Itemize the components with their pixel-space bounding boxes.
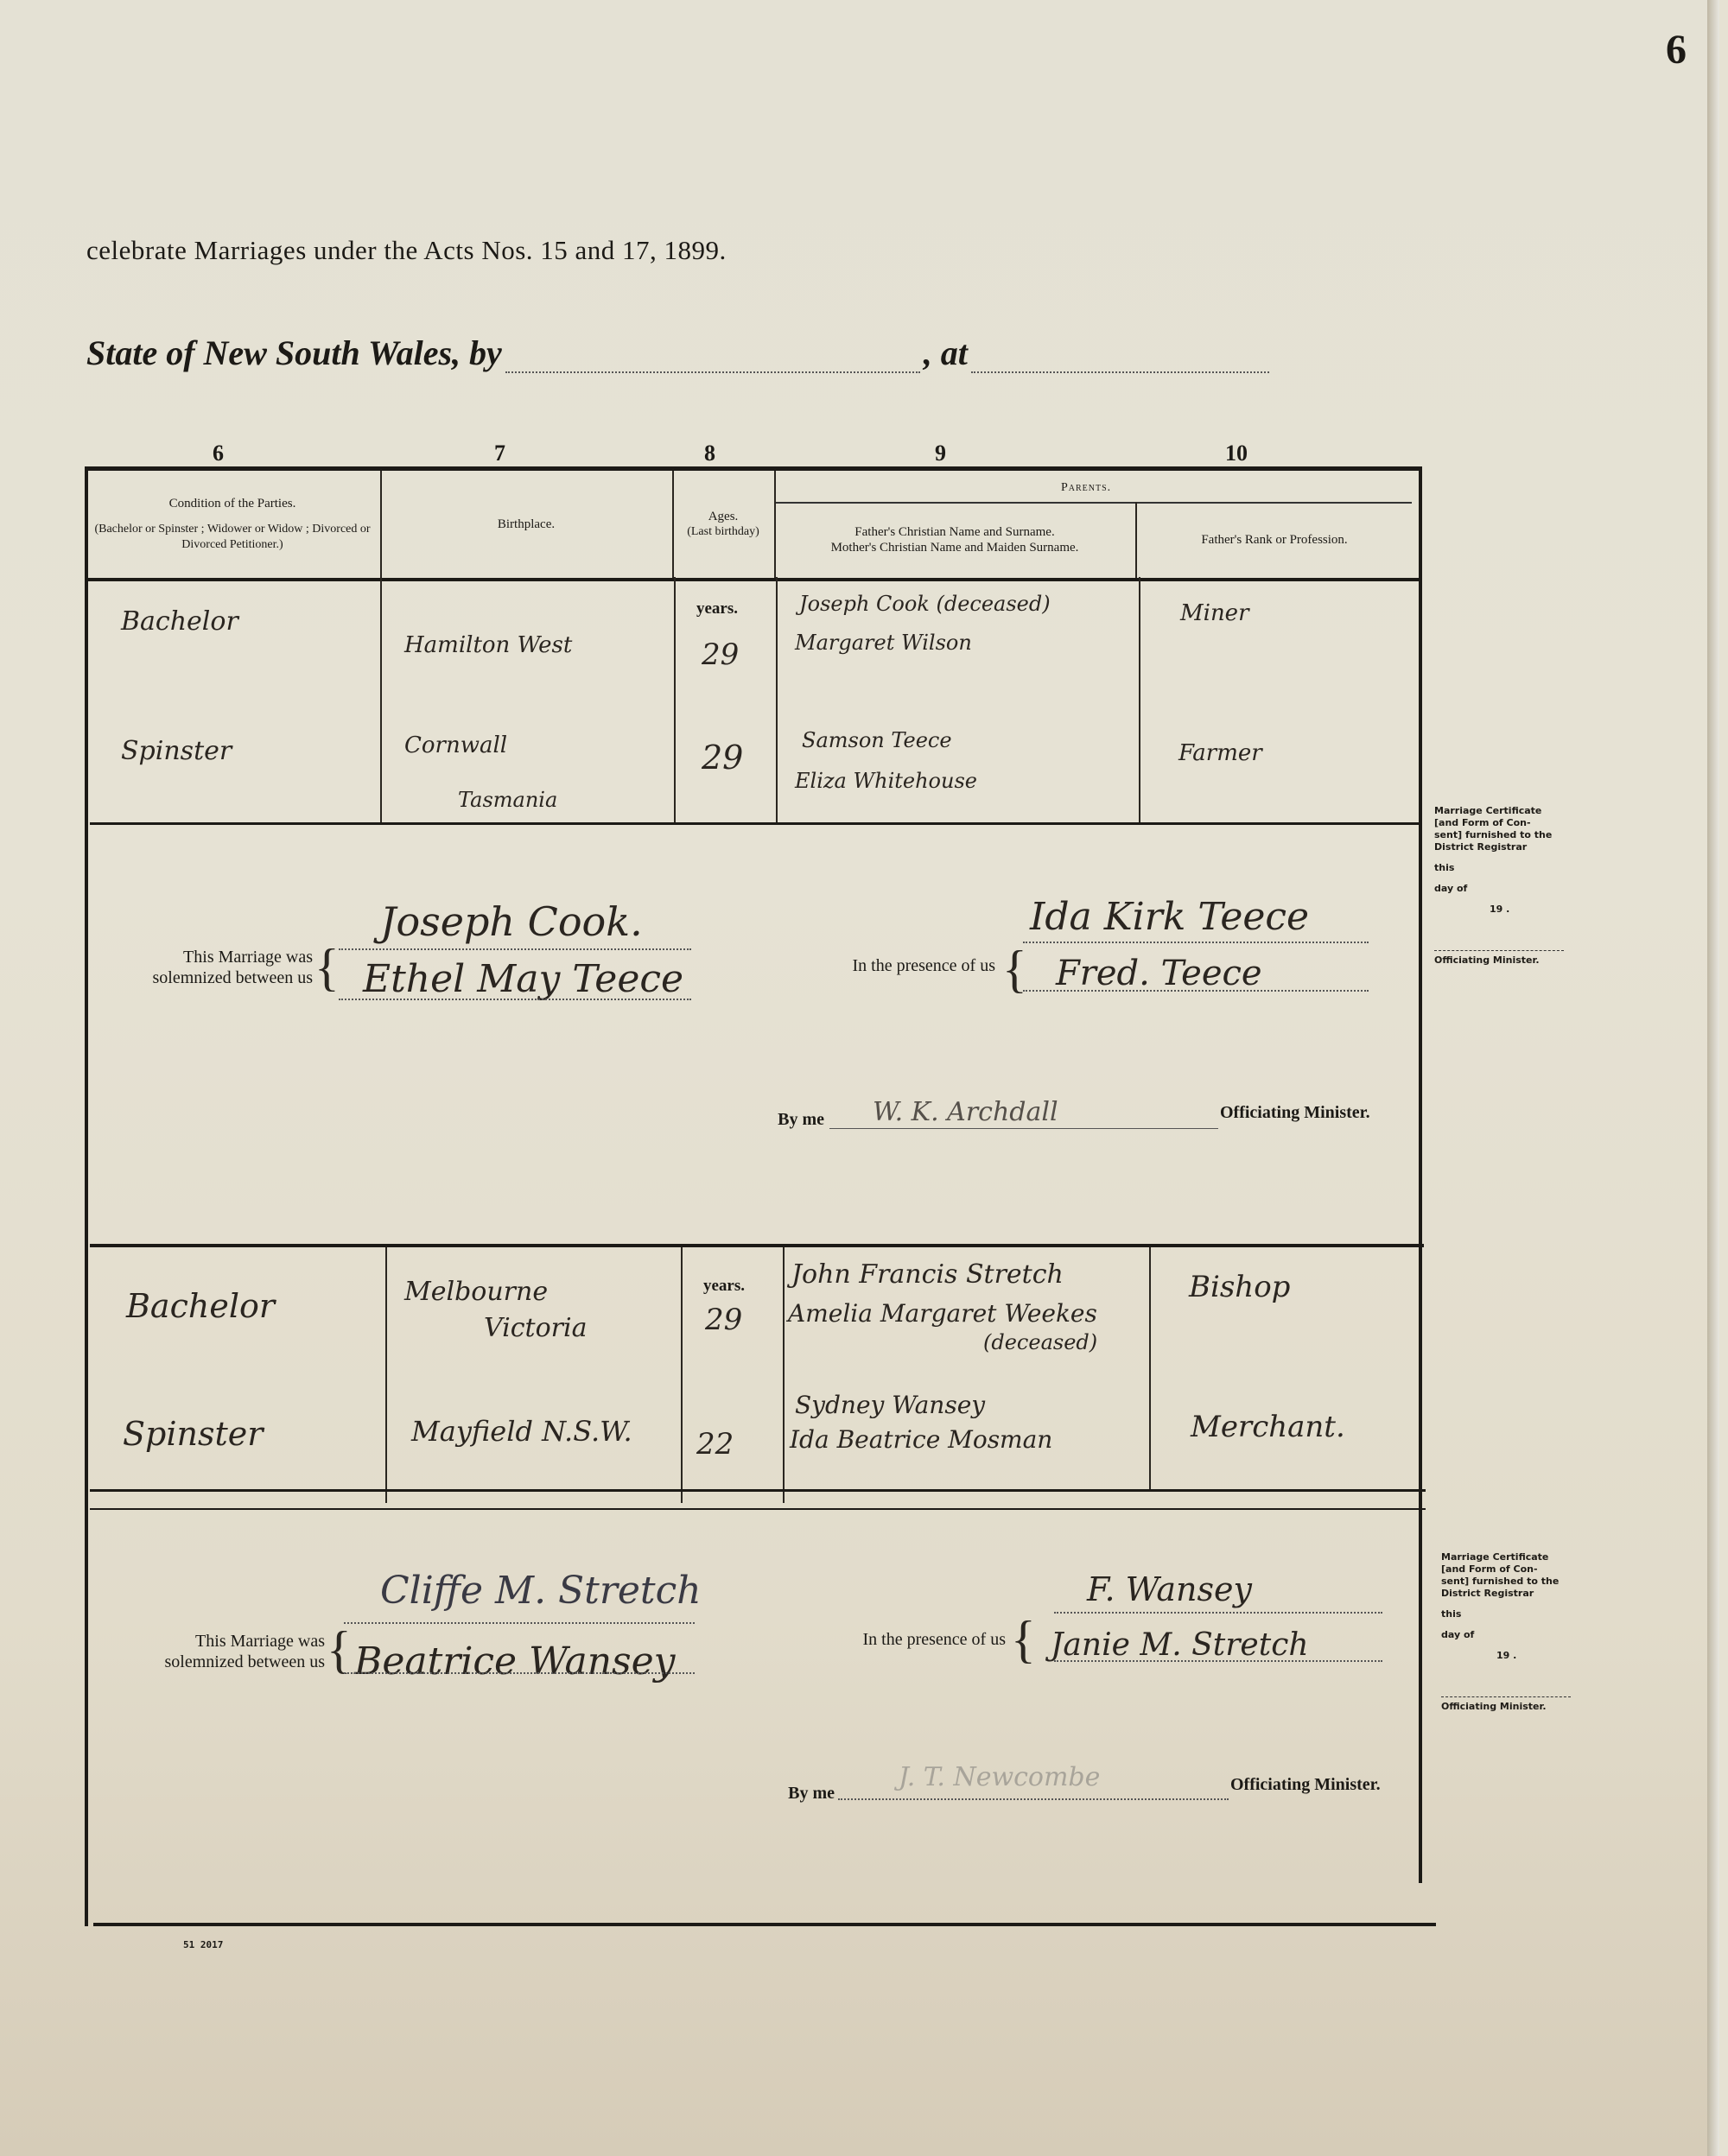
e1-bride-birthplace-1: Cornwall — [404, 732, 507, 758]
e2-groom-birthplace-2: Victoria — [484, 1313, 587, 1343]
page-edge — [1707, 0, 1719, 2156]
e1-side-note: Marriage Certificate [and Form of Con- s… — [1434, 805, 1572, 967]
frame-bottom — [93, 1923, 1436, 1926]
row-divider — [90, 1508, 1426, 1510]
divider — [776, 577, 778, 822]
e1-solemnized-label-1: This Marriage was — [86, 947, 313, 967]
e2-side-note-day-of: day of — [1441, 1629, 1579, 1641]
e2-groom-mother-note: (deceased) — [983, 1330, 1097, 1354]
e2-witness-2-line — [1054, 1660, 1382, 1662]
form-code: 51 2017 — [183, 1939, 223, 1950]
e1-groom-age: 29 — [702, 637, 739, 672]
e2-solemnized-label-2: solemnized between us — [86, 1652, 325, 1672]
by-field[interactable] — [505, 346, 920, 373]
e1-bride-mother: Eliza Whitehouse — [795, 769, 977, 793]
col-number-7: 7 — [494, 441, 505, 466]
header-condition-title: Condition of the Parties. — [90, 496, 375, 511]
e1-witness-2: Fred. Teece — [1056, 954, 1262, 993]
row-divider — [90, 822, 1420, 825]
divider — [681, 1247, 683, 1503]
header-birthplace-title: Birthplace. — [498, 517, 555, 532]
state-line: State of New South Wales, by , at — [86, 333, 1273, 373]
e2-bride-condition: Spinster — [123, 1415, 263, 1453]
frame-left — [85, 466, 88, 1926]
e2-side-note-line3: sent] furnished to the — [1441, 1576, 1579, 1588]
e1-bride-age: 29 — [702, 739, 743, 777]
e1-side-note-line4: District Registrar — [1434, 841, 1572, 853]
e1-presence-label: In the presence of us — [778, 955, 995, 976]
e1-groom-mother: Margaret Wilson — [795, 631, 972, 655]
at-field[interactable] — [971, 346, 1269, 373]
header-ages-title: Ages. — [687, 509, 759, 524]
e1-bride-birthplace-2: Tasmania — [458, 788, 557, 812]
e1-brace-left: { — [314, 942, 340, 993]
e1-groom-birthplace: Hamilton West — [404, 632, 572, 658]
e2-bride-birthplace: Mayfield N.S.W. — [411, 1415, 632, 1448]
e1-solemnized-label: This Marriage was solemnized between us — [86, 947, 313, 988]
e2-solemnized-label: This Marriage was solemnized between us — [86, 1631, 325, 1672]
e2-solemnized-label-1: This Marriage was — [86, 1631, 325, 1652]
divider — [1139, 577, 1140, 822]
frame-right — [1419, 466, 1422, 1883]
e2-minister-line — [838, 1798, 1229, 1800]
e2-presence-label: In the presence of us — [788, 1629, 1006, 1650]
header-condition: Condition of the Parties. (Bachelor or S… — [85, 471, 382, 578]
e2-party-1-signature: Cliffe M. Stretch — [380, 1569, 702, 1613]
e2-party-2-signature: Beatrice Wansey — [354, 1639, 676, 1684]
header-parents-names: Father's Christian Name and Surname. Mot… — [774, 502, 1137, 578]
e1-witness-1: Ida Kirk Teece — [1030, 895, 1309, 939]
e2-side-note-line1: Marriage Certificate — [1441, 1551, 1579, 1563]
entry-divider — [90, 1244, 1424, 1247]
header-ages-subtitle: (Last birthday) — [687, 524, 759, 540]
header-father-name: Father's Christian Name and Surname. — [831, 524, 1079, 540]
e1-minister-label: Officiating Minister. — [1220, 1102, 1412, 1123]
e2-groom-mother: Amelia Margaret Weekes — [788, 1299, 1097, 1328]
e2-bride-age: 22 — [696, 1427, 734, 1462]
e2-witness-1-line — [1054, 1612, 1382, 1614]
e1-party-2-signature: Ethel May Teece — [363, 957, 683, 1001]
e2-side-note-year: 19 . — [1441, 1650, 1579, 1662]
e2-brace-left: { — [327, 1624, 352, 1676]
header-parents-group: Parents. — [1061, 481, 1111, 495]
e2-side-note-minister: Officiating Minister. — [1441, 1701, 1579, 1713]
e2-bride-mother: Ida Beatrice Mosman — [790, 1425, 1052, 1454]
e1-party-2-line — [339, 999, 691, 1000]
e2-bride-father-profession: Merchant. — [1191, 1410, 1345, 1444]
page-number: 6 — [1666, 26, 1687, 73]
e2-side-note-this: this — [1441, 1608, 1579, 1620]
header-father-profession-title: Father's Rank or Profession. — [1201, 532, 1347, 548]
e2-groom-father-profession: Bishop — [1189, 1270, 1290, 1304]
divider — [385, 1247, 387, 1503]
e1-side-note-year: 19 . — [1434, 904, 1572, 916]
e1-brace-right: { — [1002, 943, 1027, 995]
e2-brace-right: { — [1011, 1614, 1036, 1665]
e2-groom-birthplace-1: Melbourne — [404, 1277, 548, 1307]
e2-groom-condition: Bachelor — [126, 1287, 275, 1325]
e1-groom-father-profession: Miner — [1180, 600, 1249, 626]
e1-party-1-line — [339, 948, 691, 950]
e1-side-note-day-of: day of — [1434, 883, 1572, 895]
register-page: 6 celebrate Marriages under the Acts Nos… — [0, 0, 1719, 2156]
col-number-8: 8 — [704, 441, 715, 466]
e2-years-label: years. — [703, 1277, 745, 1296]
header-mother-name: Mother's Christian Name and Maiden Surna… — [831, 540, 1079, 555]
e2-bride-father: Sydney Wansey — [795, 1391, 985, 1419]
e1-side-note-line1: Marriage Certificate — [1434, 805, 1572, 817]
e1-side-note-line3: sent] furnished to the — [1434, 829, 1572, 841]
row-divider — [90, 1489, 1426, 1492]
e2-side-note-line4: District Registrar — [1441, 1588, 1579, 1600]
e1-witness-2-line — [1023, 990, 1369, 992]
e2-minister-label: Officiating Minister. — [1230, 1774, 1422, 1795]
col-number-9: 9 — [935, 441, 946, 466]
col-number-10: 10 — [1225, 441, 1248, 466]
e2-party-1-line — [344, 1622, 695, 1624]
e1-side-note-this: this — [1434, 862, 1572, 874]
at-label: , at — [924, 333, 968, 373]
divider — [783, 1247, 785, 1503]
e2-groom-age: 29 — [705, 1303, 742, 1337]
e2-minister-signature: J. T. Newcombe — [899, 1762, 1100, 1792]
table-header: Condition of the Parties. (Bachelor or S… — [85, 466, 1419, 581]
divider — [674, 577, 676, 822]
e2-party-2-line — [344, 1672, 695, 1674]
e1-bride-father: Samson Teece — [802, 728, 952, 752]
e1-minister-signature: W. K. Archdall — [873, 1097, 1058, 1127]
e2-by-me-label: By me — [748, 1783, 835, 1804]
e2-witness-1: F. Wansey — [1087, 1570, 1252, 1608]
e2-side-note-line2: [and Form of Con- — [1441, 1563, 1579, 1576]
e1-side-note-minister: Officiating Minister. — [1434, 954, 1572, 967]
header-ages: Ages. (Last birthday) — [672, 471, 776, 578]
e1-minister-line — [829, 1128, 1218, 1129]
header-birthplace: Birthplace. — [380, 471, 674, 578]
e1-bride-condition: Spinster — [121, 736, 232, 766]
e1-solemnized-label-2: solemnized between us — [86, 967, 313, 988]
divider — [380, 577, 382, 822]
e1-by-me-label: By me — [743, 1109, 824, 1130]
divider — [1149, 1247, 1151, 1491]
e1-groom-condition: Bachelor — [121, 606, 238, 637]
e2-witness-2: Janie M. Stretch — [1051, 1627, 1309, 1663]
act-reference: celebrate Marriages under the Acts Nos. … — [86, 235, 727, 266]
e1-groom-father: Joseph Cook (deceased) — [799, 592, 1051, 616]
e2-side-note: Marriage Certificate [and Form of Con- s… — [1441, 1551, 1579, 1713]
e1-side-note-line2: [and Form of Con- — [1434, 817, 1572, 829]
e1-bride-father-profession: Farmer — [1178, 740, 1262, 766]
state-prefix: State of New South Wales, by — [86, 333, 502, 373]
header-father-profession: Father's Rank or Profession. — [1135, 502, 1414, 578]
e1-witness-1-line — [1023, 942, 1369, 943]
header-condition-subtitle: (Bachelor or Spinster ; Widower or Widow… — [90, 522, 375, 553]
e2-groom-father: John Francis Stretch — [791, 1259, 1064, 1290]
e1-party-1-signature: Joseph Cook. — [380, 898, 643, 945]
e1-years-label: years. — [696, 599, 738, 618]
col-number-6: 6 — [213, 441, 224, 466]
